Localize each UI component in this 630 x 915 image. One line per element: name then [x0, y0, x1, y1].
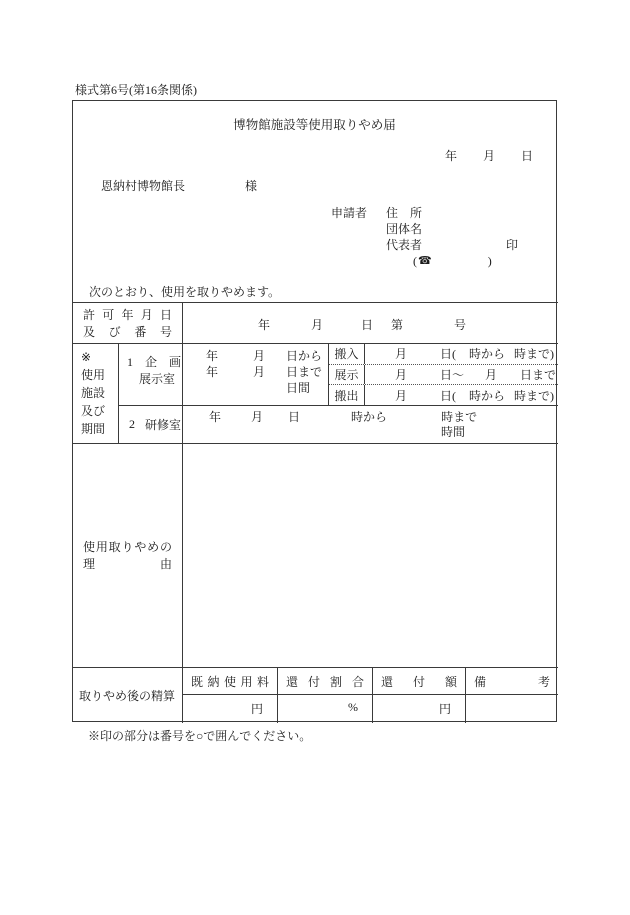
date-year-label: 年: [445, 147, 457, 164]
permit-day-label: 日: [361, 316, 373, 333]
addressee: 恩納村博物館長 様: [101, 177, 257, 194]
addressee-name: 恩納村博物館長: [101, 177, 185, 194]
exhibition-room-number: 1: [127, 354, 133, 371]
seal-label: 印: [506, 237, 518, 253]
addressee-honorific: 様: [245, 177, 257, 194]
reason-row: 使用取りやめの 理由: [73, 444, 558, 668]
training-room-label: 2 研修室: [119, 406, 183, 443]
refund-amount-unit: 円: [373, 695, 465, 723]
carry-out-label: 搬出: [329, 385, 365, 405]
training-room-content: 年 月 日 時から 時まで 時間: [183, 406, 558, 443]
page-title: 博物館施設等使用取りやめ届: [73, 115, 556, 133]
facility-side-label: ※ 使用 施設 及び 期間: [73, 344, 119, 443]
hours-count-label: 時間: [183, 425, 558, 440]
permit-no-suffix-label: 号: [454, 316, 466, 333]
carry-out-row: 搬出 月 日( 時から 時まで): [329, 385, 558, 405]
form-outer-box: 博物館施設等使用取りやめ届 年 月 日 恩納村博物館長 様 申請者 住 所 団体…: [72, 100, 557, 722]
representative-label: 代表者: [386, 237, 422, 253]
phone-close-paren: ): [488, 253, 492, 269]
permit-label-cell: 許可年月日 及び番号: [73, 303, 183, 343]
paid-fee-unit: 円: [183, 695, 277, 723]
exhibition-room-label: 1 企 画 展示室: [119, 344, 183, 405]
representative-row: 代表者 印: [331, 237, 518, 253]
date-line: 年 月 日: [445, 147, 533, 164]
permit-label-line2: 及び番号: [83, 324, 172, 341]
remarks-header: 備考: [466, 668, 558, 695]
date-day-label: 日: [521, 147, 533, 164]
reason-label-cell: 使用取りやめの 理由: [73, 444, 183, 667]
carry-in-row: 搬入 月 日( 時から 時まで): [329, 344, 558, 365]
permit-year-label: 年: [258, 316, 270, 333]
exhibit-row: 展示 月 日〜 月 日まで: [329, 365, 558, 386]
asterisk-mark: ※: [81, 348, 118, 366]
footnote: ※印の部分は番号を○で囲んでください。: [88, 727, 311, 744]
refund-rate-column: 還付割合 %: [278, 668, 373, 723]
facility-main: 1 企 画 展示室 年 月 日から: [119, 344, 558, 443]
settlement-row: 取りやめ後の精算 既納使用料 円 還付割合 % 還付額 円: [73, 668, 558, 723]
permit-month-label: 月: [311, 316, 323, 333]
training-room-row: 2 研修室 年 月 日 時から 時まで 時間: [119, 406, 558, 443]
phone-icon: ☎: [418, 253, 432, 269]
refund-rate-unit: %: [278, 695, 372, 723]
settlement-row-label: 取りやめ後の精算: [73, 668, 183, 723]
days-count-label: 日間: [286, 380, 310, 396]
remarks-column: 備考: [466, 668, 558, 723]
applicant-address-row: 申請者 住 所: [331, 205, 518, 221]
statement-text: 次のとおり、使用を取りやめます。: [89, 283, 280, 300]
training-room-number: 2: [129, 417, 135, 432]
reason-content-cell: [183, 444, 558, 667]
carry-in-label: 搬入: [329, 344, 365, 364]
exhibition-room-row: 1 企 画 展示室 年 月 日から: [119, 344, 558, 406]
refund-amount-header: 還付額: [373, 668, 465, 695]
remarks-value: [466, 695, 558, 723]
facility-row: ※ 使用 施設 及び 期間 1 企 画 展示室: [73, 344, 558, 444]
applicant-label: 申請者: [331, 205, 367, 221]
phone-open-paren: (: [413, 253, 417, 269]
org-name-label: 団体名: [331, 221, 518, 237]
applicant-block: 申請者 住 所 団体名 代表者 印 ( ☎ ): [331, 205, 518, 269]
permit-no-prefix-label: 第: [391, 316, 403, 333]
form-page: 様式第6号(第16条関係) 博物館施設等使用取りやめ届 年 月 日 恩納村博物館…: [0, 0, 630, 915]
form-table: 許可年月日 及び番号 年 月 日 第 号 ※ 使用 施設 及び 期間: [73, 302, 558, 723]
date-month-label: 月: [483, 147, 495, 164]
permit-label-line1: 許可年月日: [83, 307, 172, 324]
refund-amount-column: 還付額 円: [373, 668, 466, 723]
exhibition-room-content: 年 月 日から 年 月 日まで 日間: [183, 344, 558, 405]
phone-row: ( ☎ ): [331, 253, 518, 269]
phase-table: 搬入 月 日( 時から 時まで) 展示: [328, 344, 558, 405]
exhibition-dates-block: 年 月 日から 年 月 日まで 日間: [183, 344, 328, 405]
permit-row: 許可年月日 及び番号 年 月 日 第 号: [73, 303, 558, 344]
refund-rate-header: 還付割合: [278, 668, 372, 695]
settlement-columns: 既納使用料 円 還付割合 % 還付額 円 備考: [183, 668, 558, 723]
permit-value-cell: 年 月 日 第 号: [183, 303, 558, 343]
paid-fee-header: 既納使用料: [183, 668, 277, 695]
paid-fee-column: 既納使用料 円: [183, 668, 278, 723]
form-code: 様式第6号(第16条関係): [75, 81, 197, 98]
exhibit-label: 展示: [329, 365, 365, 385]
address-label: 住 所: [386, 205, 422, 221]
